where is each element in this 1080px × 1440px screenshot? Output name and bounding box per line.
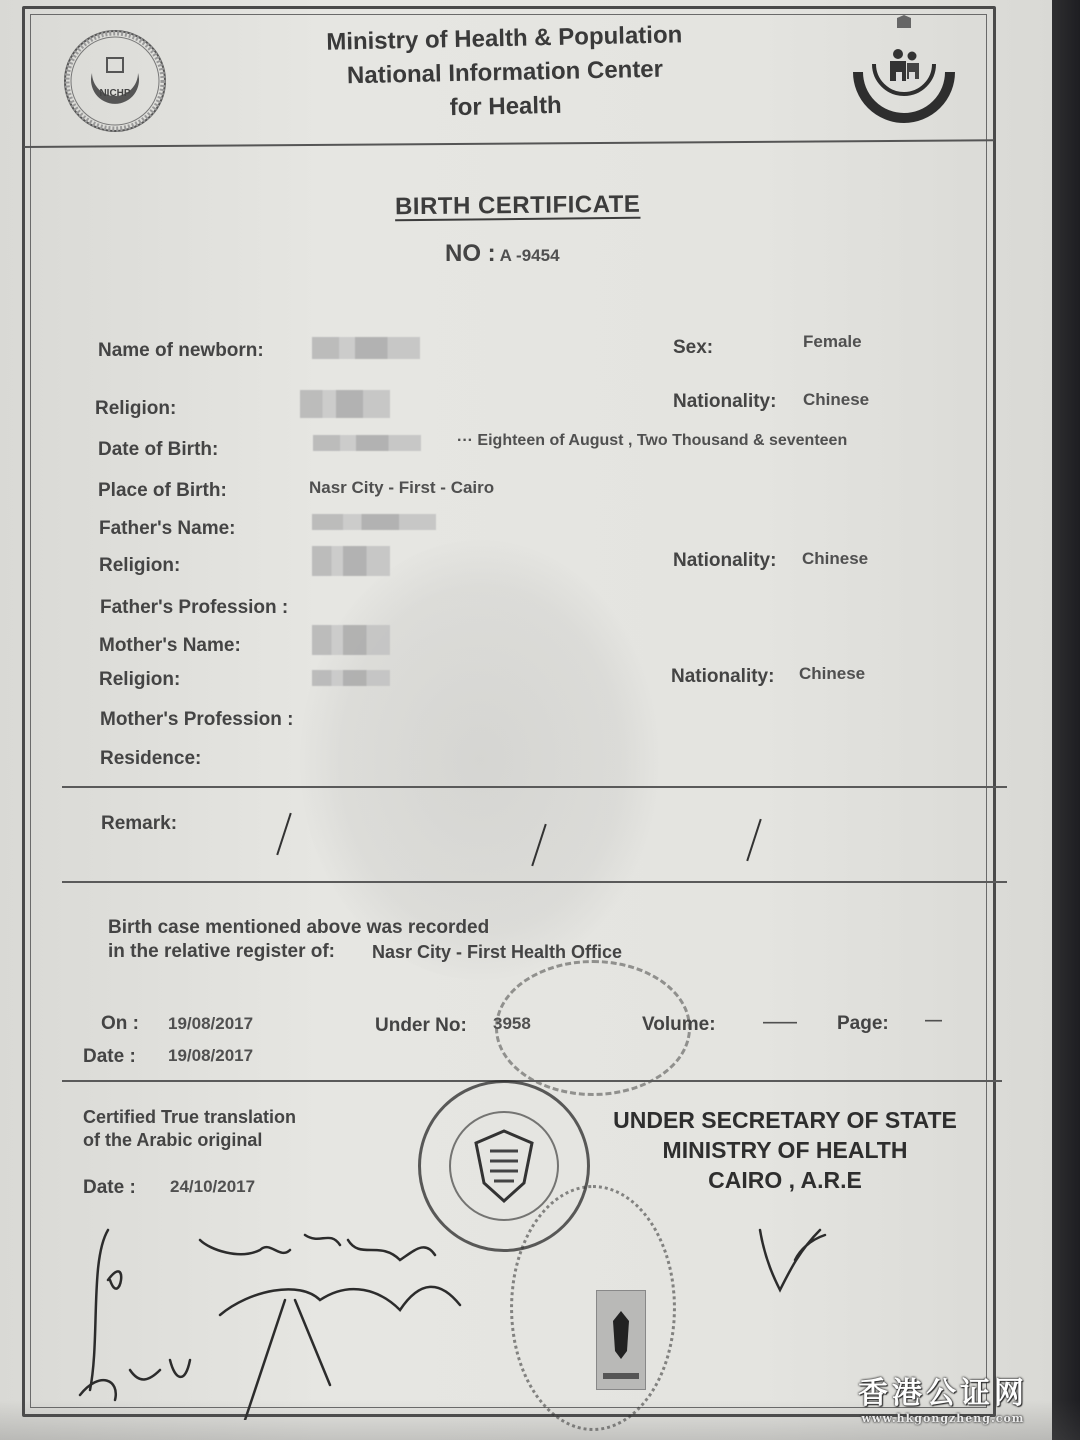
father-religion-redacted xyxy=(312,546,390,576)
residence-label: Residence: xyxy=(100,748,201,770)
issuing-authority-header: Ministry of Health & Population National… xyxy=(269,17,741,129)
father-name-label: Father's Name: xyxy=(99,518,236,540)
mother-nationality-label: Nationality: xyxy=(671,666,774,688)
mother-religion-label: Religion: xyxy=(99,669,180,691)
date-of-birth-words: ··· Eighteen of August , Two Thousand & … xyxy=(457,432,847,450)
registration-line-2-label: in the relative register of: xyxy=(108,941,335,963)
remark-top-divider xyxy=(62,786,1007,788)
religion-redacted xyxy=(300,390,390,418)
nichp-seal-icon: NICHP xyxy=(62,28,168,134)
remark-bottom-divider xyxy=(62,881,1007,883)
sex-value: Female xyxy=(803,332,862,352)
certification-date-label: Date : xyxy=(83,1177,136,1199)
certification-line-2: of the Arabic original xyxy=(83,1130,262,1151)
certificate-number-label: NO : xyxy=(445,240,496,267)
signer-line-1: UNDER SECRETARY OF STATE xyxy=(595,1105,975,1135)
faint-background-seal xyxy=(300,540,660,980)
handwritten-signatures xyxy=(60,1220,980,1420)
svg-text:NICHP: NICHP xyxy=(99,88,130,99)
page-label: Page: xyxy=(837,1013,889,1035)
father-name-redacted xyxy=(312,514,436,530)
remark-label: Remark: xyxy=(101,813,177,835)
signing-authority: UNDER SECRETARY OF STATE MINISTRY OF HEA… xyxy=(595,1105,975,1195)
on-date-value: 19/08/2017 xyxy=(168,1014,253,1034)
under-no-label: Under No: xyxy=(375,1015,467,1037)
signer-line-2: MINISTRY OF HEALTH xyxy=(595,1135,975,1165)
registration-date-value: 19/08/2017 xyxy=(168,1046,253,1066)
page-value: — xyxy=(925,1010,942,1030)
mother-religion-redacted xyxy=(312,670,390,686)
signer-line-3: CAIRO , A.R.E xyxy=(595,1165,975,1195)
date-label: Date : xyxy=(83,1046,136,1068)
father-profession-label: Father's Profession : xyxy=(100,597,288,619)
mother-nationality-value: Chinese xyxy=(799,664,865,684)
religion-label: Religion: xyxy=(95,398,176,420)
newborn-name-label: Name of newborn: xyxy=(98,340,264,362)
photo-background-edge xyxy=(1052,0,1080,1440)
father-nationality-label: Nationality: xyxy=(673,550,776,572)
certification-divider xyxy=(62,1080,1002,1082)
nationality-value: Chinese xyxy=(803,390,869,410)
volume-label: Volume: xyxy=(642,1014,716,1036)
mother-profession-label: Mother's Profession : xyxy=(100,709,294,731)
date-of-birth-redacted xyxy=(313,435,421,451)
on-label: On : xyxy=(101,1013,139,1035)
registration-line-1: Birth case mentioned above was recorded xyxy=(108,917,489,939)
mother-name-label: Mother's Name: xyxy=(99,635,241,657)
certification-date-value: 24/10/2017 xyxy=(170,1177,255,1197)
sex-label: Sex: xyxy=(673,337,713,359)
volume-value: —— xyxy=(763,1012,797,1032)
document-title: BIRTH CERTIFICATE xyxy=(395,191,641,222)
photo-shadow xyxy=(0,1400,1080,1440)
place-of-birth-value: Nasr City - First - Cairo xyxy=(309,478,494,498)
father-nationality-value: Chinese xyxy=(802,549,868,569)
father-religion-label: Religion: xyxy=(99,555,180,577)
nationality-label: Nationality: xyxy=(673,391,776,413)
ministry-crescent-family-icon xyxy=(852,14,956,138)
certificate-number: NO :A -9454 xyxy=(445,240,560,268)
under-no-value: 3958 xyxy=(493,1014,531,1034)
newborn-name-redacted xyxy=(312,337,420,359)
certificate-number-value: A -9454 xyxy=(500,246,560,265)
eagle-icon xyxy=(466,1123,542,1209)
certification-line-1: Certified True translation xyxy=(83,1107,296,1128)
place-of-birth-label: Place of Birth: xyxy=(98,480,227,502)
date-of-birth-label: Date of Birth: xyxy=(98,439,218,461)
mother-name-redacted xyxy=(312,625,390,655)
